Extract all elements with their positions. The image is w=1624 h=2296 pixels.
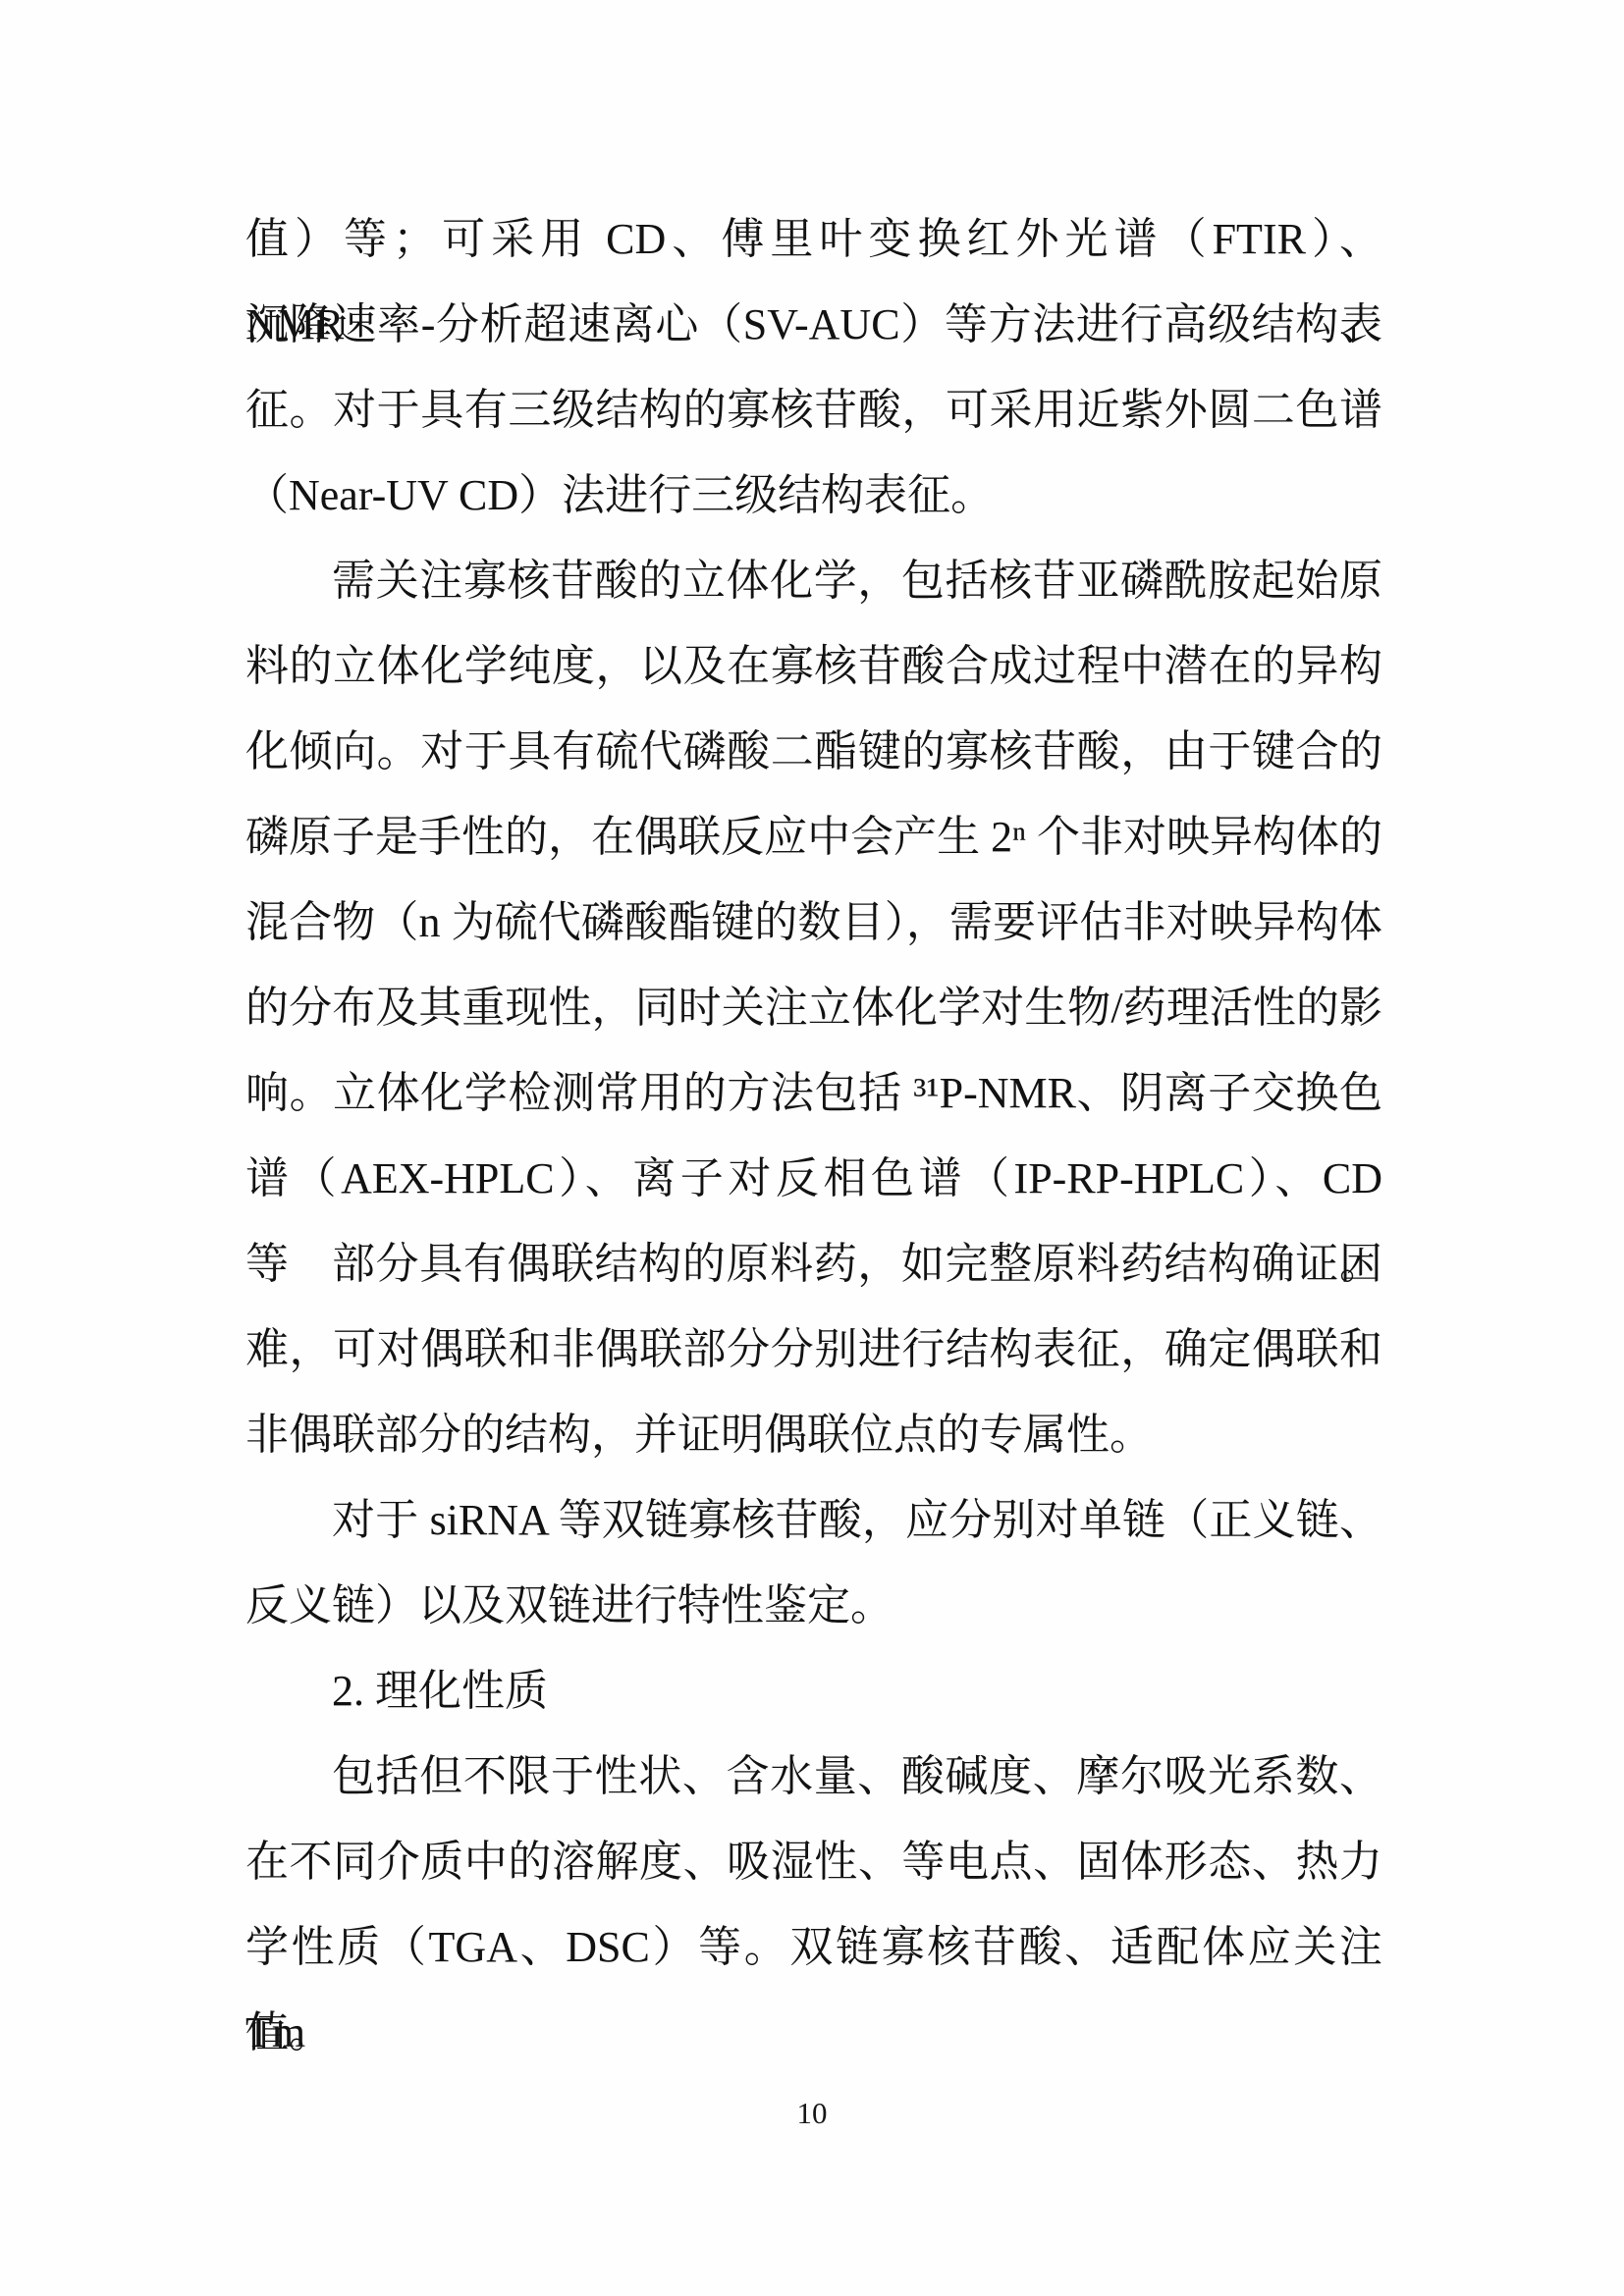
text-line: 部分具有偶联结构的原料药，如完整原料药结构确证困: [245, 1221, 1382, 1307]
text-line: 需关注寡核苷酸的立体化学，包括核苷亚磷酰胺起始原: [245, 538, 1382, 623]
paragraph-conjugated-structures: 部分具有偶联结构的原料药，如完整原料药结构确证困 难，可对偶联和非偶联部分分别进…: [245, 1221, 1382, 1477]
text-line: 料的立体化学纯度，以及在寡核苷酸合成过程中潜在的异构: [245, 623, 1382, 709]
text-line: 谱（AEX-HPLC）、离子对反相色谱（IP-RP-HPLC）、CD 等。: [245, 1136, 1382, 1221]
text-line: 的分布及其重现性，同时关注立体化学对生物/药理活性的影: [245, 965, 1382, 1050]
text-line: 学性质（TGA、DSC）等。双链寡核苷酸、适配体应关注 Tm: [245, 1904, 1382, 1990]
text-line: 包括但不限于性状、含水量、酸碱度、摩尔吸光系数、: [245, 1734, 1382, 1819]
section-heading: 2. 理化性质: [245, 1648, 1382, 1734]
text-line: 混合物（n 为硫代磷酸酯键的数目），需要评估非对映异构体: [245, 880, 1382, 965]
paragraph-physicochemical-properties: 包括但不限于性状、含水量、酸碱度、摩尔吸光系数、 在不同介质中的溶解度、吸湿性、…: [245, 1734, 1382, 2075]
text-line: 沉降速率-分析超速离心（SV-AUC）等方法进行高级结构表: [245, 282, 1382, 367]
text-line: 值）等；可采用 CD、傅里叶变换红外光谱（FTIR）、NMR、: [245, 196, 1382, 282]
paragraph-sirna-duplex: 对于 siRNA 等双链寡核苷酸，应分别对单链（正义链、 反义链）以及双链进行特…: [245, 1477, 1382, 1648]
text-line: 在不同介质中的溶解度、吸湿性、等电点、固体形态、热力: [245, 1819, 1382, 1904]
text-line: 响。立体化学检测常用的方法包括 ³¹P-NMR、阴离子交换色: [245, 1050, 1382, 1136]
text-line: 磷原子是手性的，在偶联反应中会产生 2ⁿ 个非对映异构体的: [245, 794, 1382, 880]
text-line: 难，可对偶联和非偶联部分分别进行结构表征，确定偶联和: [245, 1307, 1382, 1392]
document-page: 值）等；可采用 CD、傅里叶变换红外光谱（FTIR）、NMR、 沉降速率-分析超…: [0, 0, 1624, 2296]
page-number: 10: [0, 2089, 1624, 2138]
text-line: 对于 siRNA 等双链寡核苷酸，应分别对单链（正义链、: [245, 1477, 1382, 1563]
text-block: 值）等；可采用 CD、傅里叶变换红外光谱（FTIR）、NMR、 沉降速率-分析超…: [245, 196, 1382, 2075]
paragraph-continued-from-previous-page: 值）等；可采用 CD、傅里叶变换红外光谱（FTIR）、NMR、 沉降速率-分析超…: [245, 196, 1382, 538]
text-line: 值。: [245, 1990, 1382, 2075]
text-line: 征。对于具有三级结构的寡核苷酸，可采用近紫外圆二色谱: [245, 367, 1382, 453]
text-line: 反义链）以及双链进行特性鉴定。: [245, 1563, 1382, 1648]
heading-physicochemical-properties: 2. 理化性质: [245, 1648, 1382, 1734]
text-line: 非偶联部分的结构，并证明偶联位点的专属性。: [245, 1392, 1382, 1477]
paragraph-stereochemistry: 需关注寡核苷酸的立体化学，包括核苷亚磷酰胺起始原 料的立体化学纯度，以及在寡核苷…: [245, 538, 1382, 1221]
text-line: 化倾向。对于具有硫代磷酸二酯键的寡核苷酸，由于键合的: [245, 709, 1382, 794]
text-line: （Near-UV CD）法进行三级结构表征。: [245, 453, 1382, 538]
